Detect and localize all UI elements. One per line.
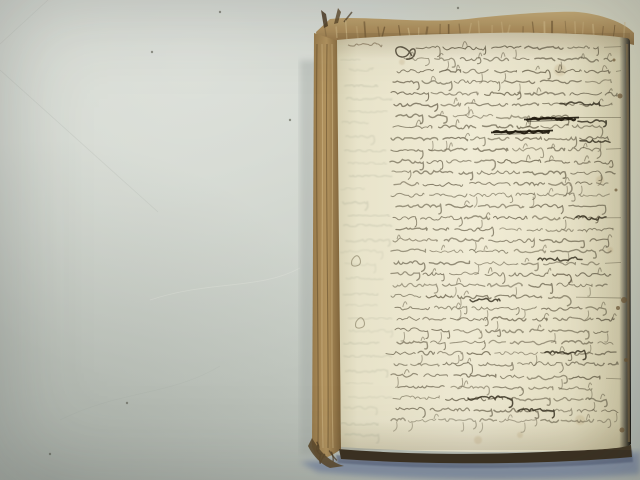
table-scratches <box>0 0 300 420</box>
foxing-spot <box>399 59 405 65</box>
foxing-spot <box>575 415 585 425</box>
manuscript-photograph <box>0 0 640 480</box>
dust-speck <box>151 51 153 53</box>
foxing-spot <box>474 436 482 444</box>
edge-wear-spot <box>618 94 623 99</box>
dust-speck <box>49 453 51 455</box>
edge-wear-spot <box>616 306 620 310</box>
dust-speck <box>219 11 221 13</box>
edge-wear-spot <box>613 59 616 62</box>
page-bottom-shading <box>339 420 631 450</box>
edge-wear-spot <box>620 428 625 433</box>
foxing-spot <box>517 432 523 438</box>
dust-speck <box>126 402 128 404</box>
edge-wear-spot <box>624 358 628 362</box>
edge-wear-spot <box>621 297 627 303</box>
manuscript-book-photo <box>0 0 640 480</box>
dust-speck <box>457 7 459 9</box>
book <box>308 8 634 468</box>
line-filler-dash <box>606 378 621 379</box>
dust-speck <box>289 119 291 121</box>
edge-wear-spot <box>615 189 618 192</box>
edge-streak <box>336 26 337 37</box>
